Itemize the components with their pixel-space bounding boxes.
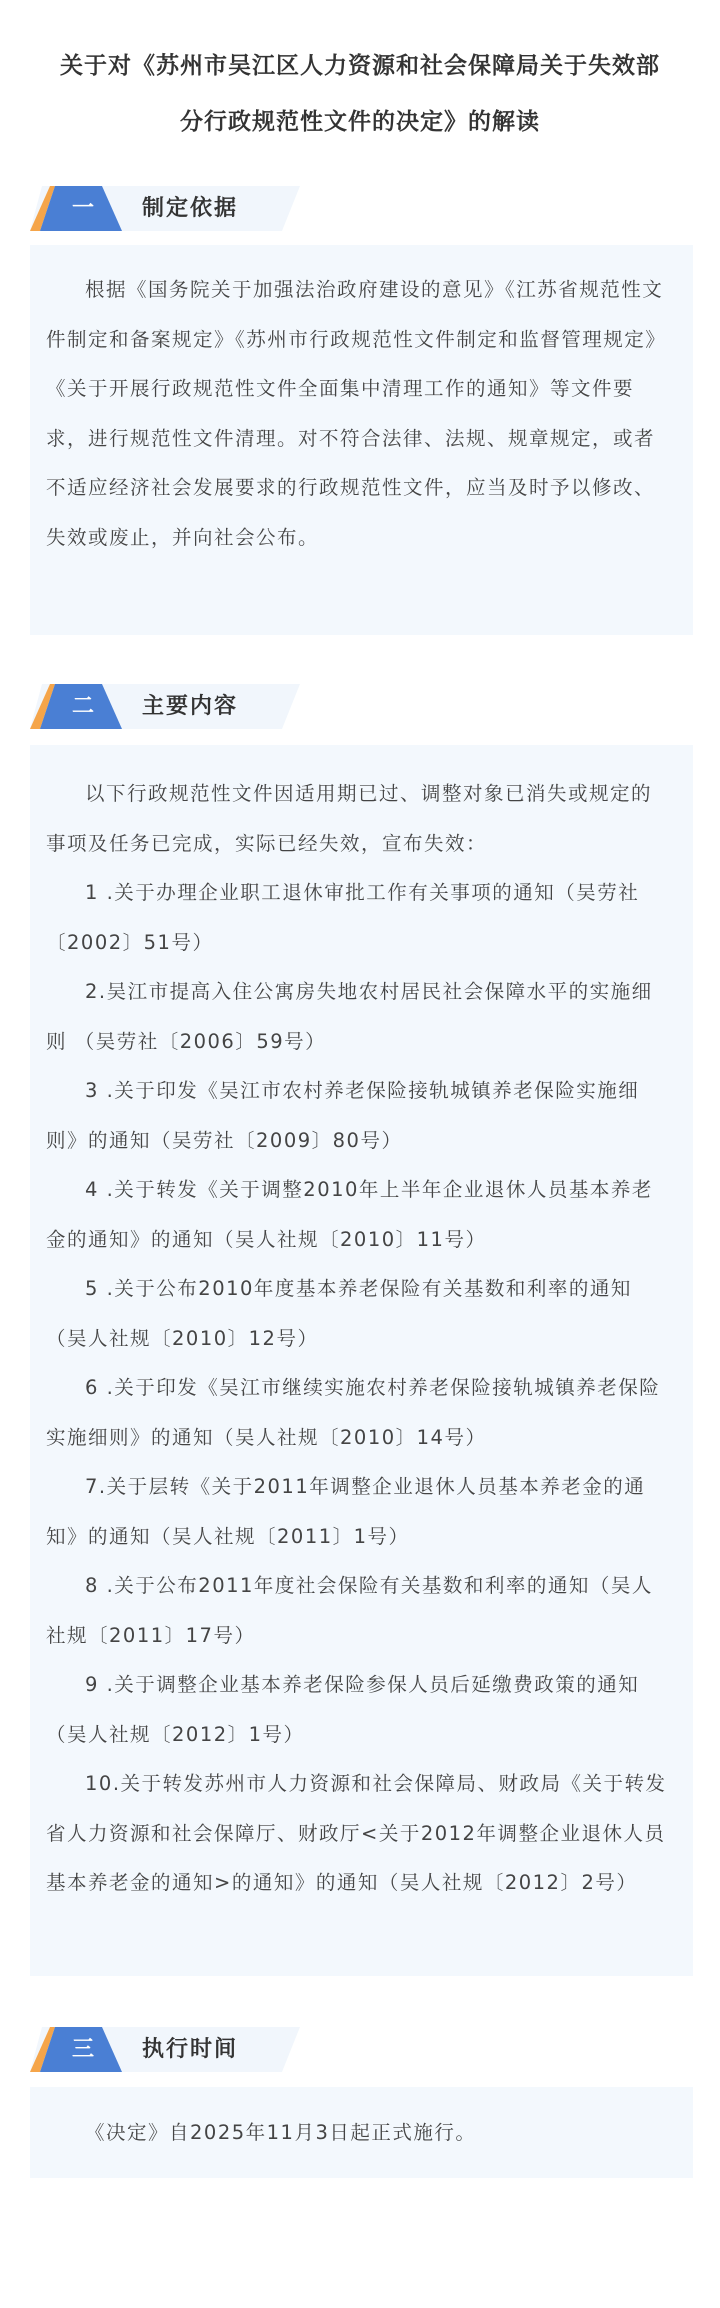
list-item: 9 .关于调整企业基本养老保险参保人员后延缴费政策的通知（吴人社规〔2012〕1… bbox=[30, 1660, 693, 1759]
section-title: 执行时间 bbox=[142, 2027, 238, 2072]
list-item: 3 .关于印发《吴江市农村养老保险接轨城镇养老保险实施细则》的通知（吴劳社〔20… bbox=[30, 1066, 693, 1165]
title-line-1: 关于对《苏州市吴江区人力资源和社会保障局关于失效部 bbox=[20, 38, 700, 94]
title-line-2: 分行政规范性文件的决定》的解读 bbox=[20, 94, 700, 150]
intro-paragraph: 以下行政规范性文件因适用期已过、调整对象已消失或规定的事项及任务已完成，实际已经… bbox=[30, 769, 693, 868]
section-number: 二 bbox=[56, 684, 110, 729]
page-title: 关于对《苏州市吴江区人力资源和社会保障局关于失效部 分行政规范性文件的决定》的解… bbox=[20, 38, 700, 150]
list-item: 2.吴江市提高入住公寓房失地农村居民社会保障水平的实施细则 （吴劳社〔2006〕… bbox=[30, 967, 693, 1066]
section-title: 制定依据 bbox=[142, 186, 238, 231]
paragraph: 《决定》自2025年11月3日起正式施行。 bbox=[30, 2108, 693, 2157]
section-number: 一 bbox=[56, 186, 110, 231]
section-header-effective-date: 三 执行时间 bbox=[30, 2027, 300, 2072]
section-number: 三 bbox=[56, 2027, 110, 2072]
section-body-effective-date: 《决定》自2025年11月3日起正式施行。 bbox=[30, 2087, 693, 2178]
paragraph: 根据《国务院关于加强法治政府建设的意见》《江苏省规范性文件制定和备案规定》《苏州… bbox=[30, 265, 693, 562]
section-header-content: 二 主要内容 bbox=[30, 684, 300, 729]
list-item: 8 .关于公布2011年度社会保险有关基数和利率的通知（吴人社规〔2011〕17… bbox=[30, 1561, 693, 1660]
list-item: 5 .关于公布2010年度基本养老保险有关基数和利率的通知（吴人社规〔2010〕… bbox=[30, 1264, 693, 1363]
section-title: 主要内容 bbox=[142, 684, 238, 729]
section-body-content: 以下行政规范性文件因适用期已过、调整对象已消失或规定的事项及任务已完成，实际已经… bbox=[30, 745, 693, 1976]
section-header-basis: 一 制定依据 bbox=[30, 186, 300, 231]
list-item: 1 .关于办理企业职工退休审批工作有关事项的通知（吴劳社〔2002〕51号） bbox=[30, 868, 693, 967]
section-body-basis: 根据《国务院关于加强法治政府建设的意见》《江苏省规范性文件制定和备案规定》《苏州… bbox=[30, 245, 693, 635]
list-item: 10.关于转发苏州市人力资源和社会保障局、财政局《关于转发省人力资源和社会保障厅… bbox=[30, 1759, 693, 1908]
list-item: 6 .关于印发《吴江市继续实施农村养老保险接轨城镇养老保险实施细则》的通知（吴人… bbox=[30, 1363, 693, 1462]
list-item: 7.关于层转《关于2011年调整企业退休人员基本养老金的通知》的通知（吴人社规〔… bbox=[30, 1462, 693, 1561]
list-item: 4 .关于转发《关于调整2010年上半年企业退休人员基本养老金的通知》的通知（吴… bbox=[30, 1165, 693, 1264]
